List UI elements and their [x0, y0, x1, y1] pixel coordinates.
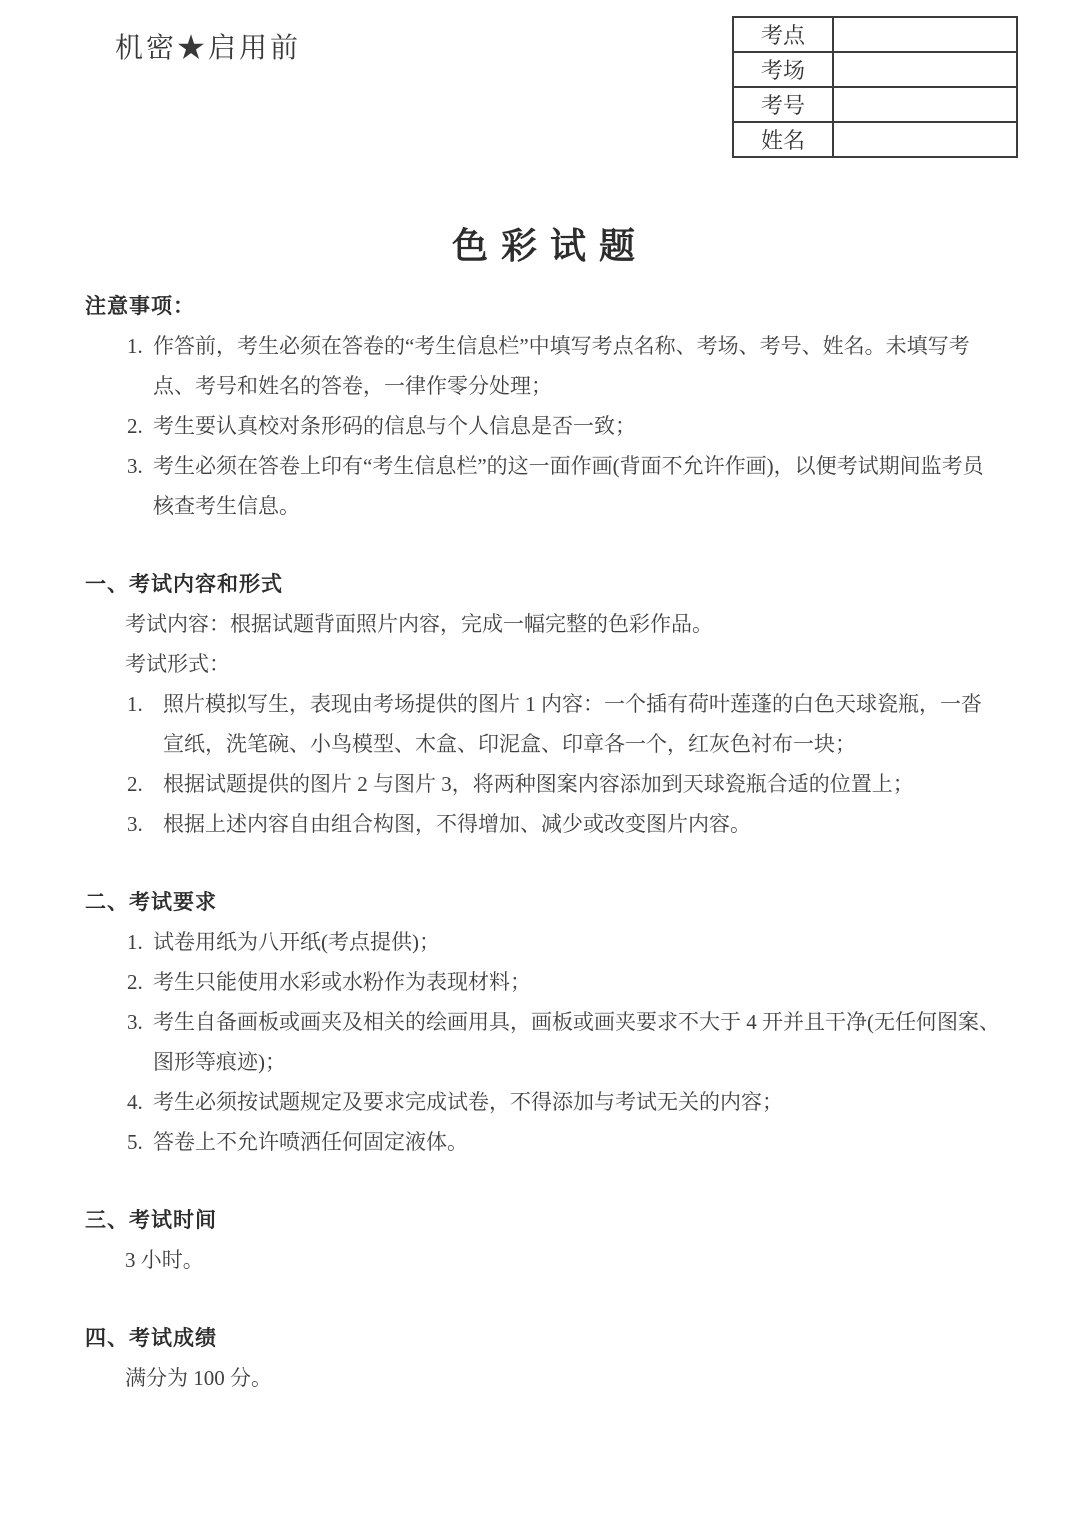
- notice-item: 1. 作答前，考生必须在答卷的“考生信息栏”中填写考点名称、考场、考号、姓名。未…: [127, 326, 1002, 406]
- info-label-exam-site: 考点: [733, 17, 833, 52]
- item-number: 1.: [127, 326, 153, 366]
- notice-heading: 注意事项：: [85, 286, 1002, 326]
- section-exam-content-and-form: 一、考试内容和形式 考试内容：根据试题背面照片内容，完成一幅完整的色彩作品。 考…: [85, 564, 1002, 844]
- list-item: 2. 考生只能使用水彩或水粉作为表现材料；: [127, 962, 1002, 1002]
- item-number: 2.: [127, 962, 153, 1002]
- item-text: 考生必须在答卷上印有“考生信息栏”的这一面作画(背面不允许作画)，以便考试期间监…: [153, 446, 1002, 526]
- notice-section: 注意事项： 1. 作答前，考生必须在答卷的“考生信息栏”中填写考点名称、考场、考…: [85, 286, 1002, 526]
- list-item: 4. 考生必须按试题规定及要求完成试卷，不得添加与考试无关的内容；: [127, 1082, 1002, 1122]
- section-exam-time: 三、考试时间 3 小时。: [85, 1200, 1002, 1280]
- confidential-marking: 机密★启用前: [115, 26, 301, 66]
- candidate-info-table: 考点 考场 考号 姓名: [732, 16, 1018, 158]
- item-number: 2.: [127, 406, 153, 446]
- table-row: 姓名: [733, 122, 1017, 157]
- section-heading: 三、考试时间: [85, 1200, 1002, 1240]
- item-text: 考生必须按试题规定及要求完成试卷，不得添加与考试无关的内容；: [153, 1082, 1002, 1122]
- item-number: 3.: [127, 1002, 153, 1042]
- item-number: 3.: [127, 446, 153, 486]
- section-heading: 二、考试要求: [85, 882, 1002, 922]
- info-label-exam-number: 考号: [733, 87, 833, 122]
- item-text: 试卷用纸为八开纸(考点提供)；: [153, 922, 1002, 962]
- item-number: 1.: [127, 922, 153, 962]
- section-paragraph: 3 小时。: [125, 1240, 1002, 1280]
- table-row: 考点: [733, 17, 1017, 52]
- list-item: 3. 根据上述内容自由组合构图，不得增加、减少或改变图片内容。: [127, 804, 1002, 844]
- list-item: 1. 照片模拟写生，表现由考场提供的图片 1 内容：一个插有荷叶莲蓬的白色天球瓷…: [127, 684, 1002, 764]
- info-label-name: 姓名: [733, 122, 833, 157]
- item-text: 根据上述内容自由组合构图，不得增加、减少或改变图片内容。: [163, 804, 1002, 844]
- section-paragraph: 考试内容：根据试题背面照片内容，完成一幅完整的色彩作品。: [125, 604, 1002, 644]
- item-number: 4.: [127, 1082, 153, 1122]
- notice-item: 3. 考生必须在答卷上印有“考生信息栏”的这一面作画(背面不允许作画)，以便考试…: [127, 446, 1002, 526]
- section-exam-score: 四、考试成绩 满分为 100 分。: [85, 1318, 1002, 1398]
- section-exam-requirements: 二、考试要求 1. 试卷用纸为八开纸(考点提供)； 2. 考生只能使用水彩或水粉…: [85, 882, 1002, 1162]
- page-title: 色彩试题: [85, 224, 1002, 268]
- item-text: 作答前，考生必须在答卷的“考生信息栏”中填写考点名称、考场、考号、姓名。未填写考…: [153, 326, 1002, 406]
- item-number: 5.: [127, 1122, 153, 1162]
- table-row: 考场: [733, 52, 1017, 87]
- section-paragraph: 考试形式：: [125, 644, 1002, 684]
- exam-paper-page: 机密★启用前 考点 考场 考号 姓名 色彩试题 注意事项：: [0, 0, 1080, 1529]
- item-text: 答卷上不允许喷洒任何固定液体。: [153, 1122, 1002, 1162]
- item-number: 3.: [127, 804, 163, 844]
- table-row: 考号: [733, 87, 1017, 122]
- item-number: 1.: [127, 684, 163, 724]
- section-heading: 一、考试内容和形式: [85, 564, 1002, 604]
- list-item: 3. 考生自备画板或画夹及相关的绘画用具，画板或画夹要求不大于 4 开并且干净(…: [127, 1002, 1002, 1082]
- info-value-exam-room: [833, 52, 1017, 87]
- item-text: 照片模拟写生，表现由考场提供的图片 1 内容：一个插有荷叶莲蓬的白色天球瓷瓶，一…: [163, 684, 1002, 764]
- section-paragraph: 满分为 100 分。: [125, 1358, 1002, 1398]
- item-text: 考生要认真校对条形码的信息与个人信息是否一致；: [153, 406, 1002, 446]
- list-item: 1. 试卷用纸为八开纸(考点提供)；: [127, 922, 1002, 962]
- list-item: 5. 答卷上不允许喷洒任何固定液体。: [127, 1122, 1002, 1162]
- list-item: 2. 根据试题提供的图片 2 与图片 3，将两种图案内容添加到天球瓷瓶合适的位置…: [127, 764, 1002, 804]
- info-label-exam-room: 考场: [733, 52, 833, 87]
- item-text: 考生自备画板或画夹及相关的绘画用具，画板或画夹要求不大于 4 开并且干净(无任何…: [153, 1002, 1002, 1082]
- item-text: 根据试题提供的图片 2 与图片 3，将两种图案内容添加到天球瓷瓶合适的位置上；: [163, 764, 1002, 804]
- info-value-exam-site: [833, 17, 1017, 52]
- info-value-exam-number: [833, 87, 1017, 122]
- item-number: 2.: [127, 764, 163, 804]
- item-text: 考生只能使用水彩或水粉作为表现材料；: [153, 962, 1002, 1002]
- section-heading: 四、考试成绩: [85, 1318, 1002, 1358]
- notice-item: 2. 考生要认真校对条形码的信息与个人信息是否一致；: [127, 406, 1002, 446]
- info-value-name: [833, 122, 1017, 157]
